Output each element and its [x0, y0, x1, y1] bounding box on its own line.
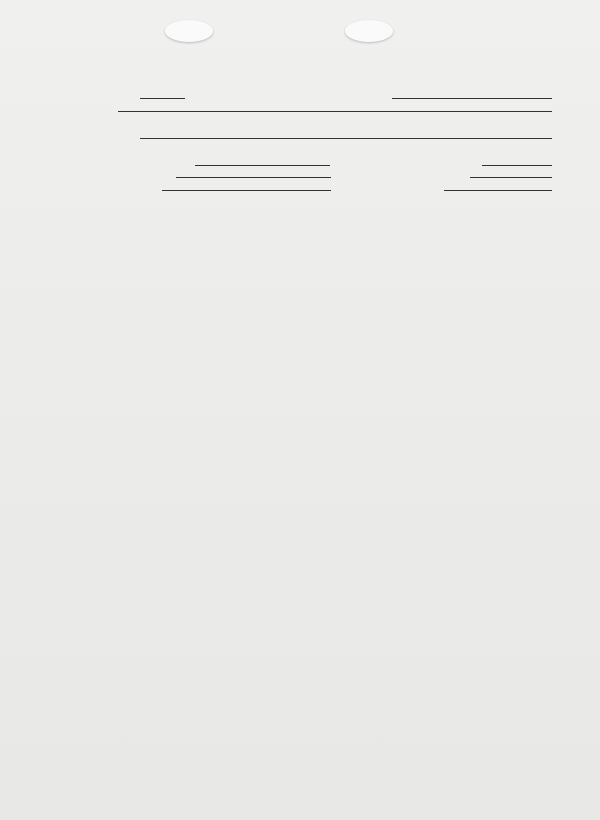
- flight-record-page: [0, 0, 600, 820]
- punch-hole: [345, 20, 393, 42]
- punch-hole: [165, 20, 213, 42]
